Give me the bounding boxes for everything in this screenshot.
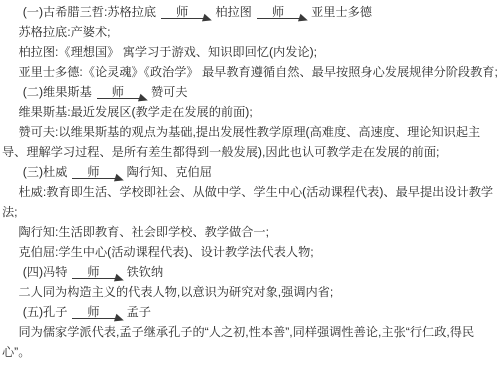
section-heading: (三) bbox=[23, 165, 43, 179]
paragraph-plato: 柏拉图:《理想国》 寓学习于游戏、知识即回忆(内发论); bbox=[2, 42, 498, 62]
section-wundt-titchener: (四)冯特师铁钦纳 二人同为构造主义的代表人物,以意识为研究对象,强调内省; bbox=[2, 262, 498, 302]
study-notes-document: (一)古希腊三哲:苏格拉底师柏拉图师亚里士多德 苏格拉底:产婆术; 柏拉图:《理… bbox=[2, 2, 498, 362]
teacher-arrow-label: 师 bbox=[112, 85, 124, 99]
teacher-chain-line: (五)孔子师孟子 bbox=[2, 302, 498, 322]
teacher-chain-line: (三)杜威师陶行知、克伯屈 bbox=[2, 162, 498, 182]
section-confucius-mencius: (五)孔子师孟子 同为儒家学派代表,孟子继承孔子的“人之初,性本善”,同样强调性… bbox=[2, 302, 498, 362]
teacher-arrow-label: 师 bbox=[87, 265, 99, 279]
chain-node-wundt: 冯特 bbox=[43, 265, 67, 279]
paragraph-socrates: 苏格拉底:产婆术; bbox=[2, 22, 498, 42]
teacher-chain-line: (四)冯特师铁钦纳 bbox=[2, 262, 498, 282]
section-heading: (一)古希腊三哲: bbox=[23, 5, 108, 19]
teacher-chain-line: (一)古希腊三哲:苏格拉底师柏拉图师亚里士多德 bbox=[2, 2, 498, 22]
chain-node-socrates: 苏格拉底 bbox=[107, 5, 156, 19]
teacher-arrow-label: 师 bbox=[87, 305, 99, 319]
chain-node-confucius: 孔子 bbox=[43, 305, 67, 319]
teacher-arrow: 师 bbox=[257, 6, 299, 19]
paragraph-vygotsky: 维果斯基:最近发展区(教学走在发展的前面); bbox=[2, 102, 498, 122]
section-heading: (二) bbox=[23, 85, 43, 99]
section-vygotsky-zankov: (二)维果斯基师赞可夫 维果斯基:最近发展区(教学走在发展的前面); 赞可夫:以… bbox=[2, 82, 498, 162]
section-heading: (五) bbox=[23, 305, 43, 319]
section-greek-philosophers: (一)古希腊三哲:苏格拉底师柏拉图师亚里士多德 苏格拉底:产婆术; 柏拉图:《理… bbox=[2, 2, 498, 82]
teacher-arrow: 师 bbox=[72, 166, 114, 179]
paragraph-tao-xingzhi: 陶行知:生活即教育、社会即学校、教学做合一; bbox=[2, 222, 498, 242]
section-dewey: (三)杜威师陶行知、克伯屈 杜威:教育即生活、学校即社会、从做中学、学生中心(活… bbox=[2, 162, 498, 262]
teacher-arrow: 师 bbox=[97, 86, 139, 99]
chain-node-tao-kilpatrick: 陶行知、克伯屈 bbox=[127, 165, 212, 179]
paragraph-confucian: 同为儒家学派代表,孟子继承孔子的“人之初,性本善”,同样强调性善论,主张“行仁政… bbox=[2, 322, 498, 362]
teacher-arrow-label: 师 bbox=[272, 5, 284, 19]
chain-node-aristotle: 亚里士多德 bbox=[311, 5, 372, 19]
chain-node-vygotsky: 维果斯基 bbox=[43, 85, 92, 99]
paragraph-zankov: 赞可夫:以维果斯基的观点为基础,提出发展性教学原理(高难度、高速度、理论知识起主… bbox=[2, 122, 498, 162]
paragraph-dewey: 杜威:教育即生活、学校即社会、从做中学、学生中心(活动课程代表)、最早提出设计教… bbox=[2, 182, 498, 222]
chain-node-mencius: 孟子 bbox=[127, 305, 151, 319]
teacher-arrow-label: 师 bbox=[87, 165, 99, 179]
paragraph-aristotle: 亚里士多德:《论灵魂》《政治学》 最早教育遵循自然、最早按照身心发展规律分阶段教… bbox=[2, 62, 498, 82]
section-heading: (四) bbox=[23, 265, 43, 279]
chain-node-zankov: 赞可夫 bbox=[151, 85, 188, 99]
teacher-chain-line: (二)维果斯基师赞可夫 bbox=[2, 82, 498, 102]
chain-node-plato: 柏拉图 bbox=[215, 5, 252, 19]
paragraph-structuralism: 二人同为构造主义的代表人物,以意识为研究对象,强调内省; bbox=[2, 282, 498, 302]
teacher-arrow: 师 bbox=[72, 306, 114, 319]
teacher-arrow: 师 bbox=[161, 6, 203, 19]
teacher-arrow: 师 bbox=[72, 266, 114, 279]
paragraph-kilpatrick: 克伯屈:学生中心(活动课程代表)、设计教学法代表人物; bbox=[2, 242, 498, 262]
teacher-arrow-label: 师 bbox=[176, 5, 188, 19]
chain-node-titchener: 铁钦纳 bbox=[127, 265, 164, 279]
chain-node-dewey: 杜威 bbox=[43, 165, 67, 179]
